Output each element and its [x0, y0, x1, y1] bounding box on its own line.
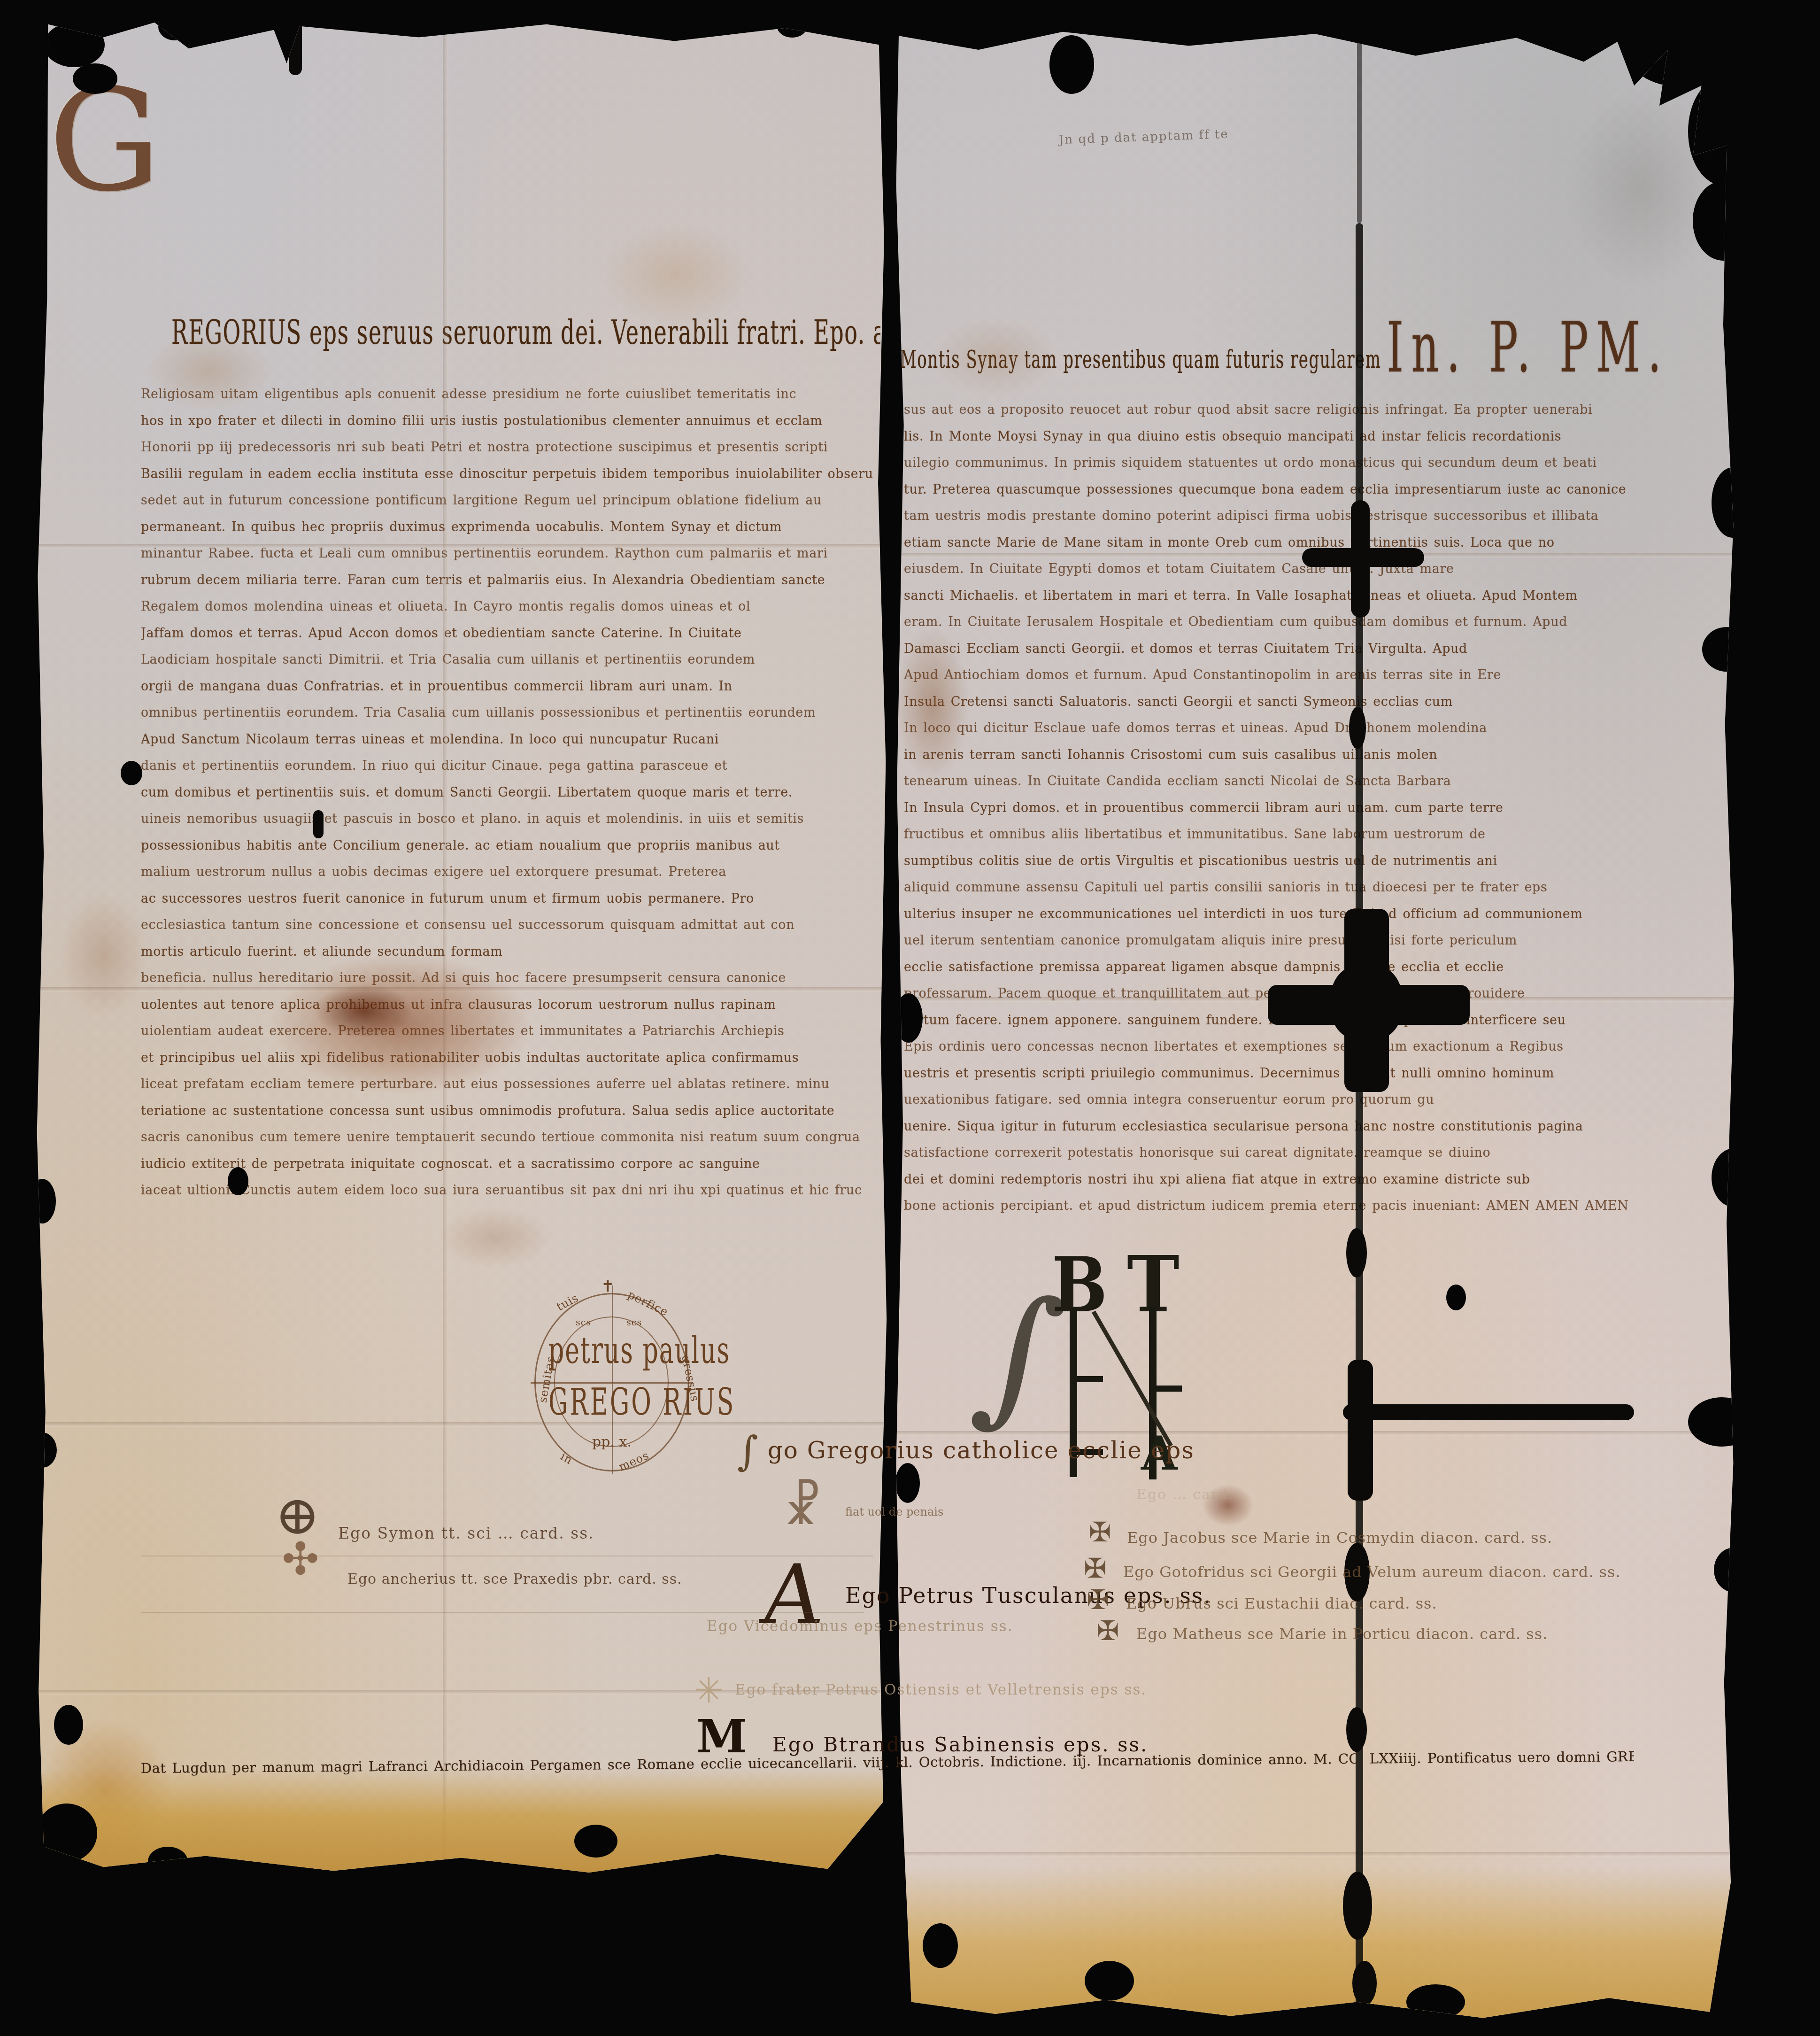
manuscript-line: liceat prefatam eccliam temere perturbar… [141, 1071, 880, 1098]
manuscript-line: teriatione ac sustentatione concessa sun… [141, 1098, 880, 1125]
manuscript-photograph: G REGORIUS eps seruus seruorum dei. Vene… [0, 0, 1820, 2036]
torn-hole [148, 1847, 188, 1876]
manuscript-line: malium uestrorum nullus a uobis decimas … [141, 859, 880, 886]
monogram-crossbar [1152, 1386, 1182, 1392]
signature-text: Ego frater Petrus Ostiensis et Velletren… [735, 1681, 1147, 1698]
maltese-cross-icon: ✠ [1096, 1615, 1119, 1647]
pope-subscription-text: go Gregorius catholice ecclie eps [768, 1437, 1195, 1464]
manuscript-line: beneficia. nullus hereditario iure possi… [141, 965, 880, 992]
manuscript-line: Basilii regulam in eadem ecclia institut… [141, 461, 880, 488]
signature-text: Ego Matheus sce Marie in Porticu diacon.… [1136, 1625, 1548, 1643]
fold-slit-hole [289, 19, 302, 75]
manuscript-line: uineis nemoribus usuagiis et pascuis in … [141, 806, 880, 833]
torn-hole [1702, 627, 1735, 672]
torn-hole [158, 19, 191, 40]
signature-text: Ego ancherius tt. sce Praxedis pbr. card… [347, 1571, 682, 1587]
manuscript-line: sacris canonibus cum temere uenire tempt… [141, 1124, 880, 1151]
manuscript-line: permaneant. In quibus hec propriis duxim… [141, 514, 880, 541]
ink-hole [313, 810, 324, 838]
manuscript-line: dei et domini redemptoris nostri ihu xpi… [904, 1167, 1683, 1193]
papal-rota: ✝ tuis perfice semitas gressus in meos s… [534, 1293, 689, 1471]
fold-crease [895, 1852, 1735, 1857]
manuscript-line: danis et pertinentiis eorundem. In riuo … [141, 753, 880, 780]
manuscript-line: tenearum uineas. In Ciuitate Candida ecc… [904, 768, 1683, 795]
cross-symbol: ✠ [1084, 1552, 1107, 1584]
manuscript-line: omnibus pertinentiis eorundem. Tria Casa… [141, 700, 880, 727]
manuscript-line: Insula Cretensi sancti Saluatoris. sanct… [904, 689, 1683, 716]
manuscript-line: bone actionis percipiant. et apud distri… [904, 1193, 1683, 1220]
torn-hole [1714, 1548, 1735, 1592]
torn-hole [1049, 35, 1094, 94]
damage-cross-large [1344, 909, 1389, 1092]
manuscript-line: sancti Michaelis. et libertatem in mari … [904, 583, 1683, 610]
rota-saints-names: petrus paulus [548, 1330, 675, 1372]
in-perpetuum-formula: In. P. PM. [1387, 308, 1669, 388]
torn-hole [777, 19, 807, 38]
manuscript-line: fructibus et omnibus aliis libertatibus … [904, 821, 1683, 848]
manuscript-line: uenire. Siqua igitur in futurum ecclesia… [904, 1114, 1683, 1140]
damage-cross [1351, 500, 1370, 618]
torn-hole [1688, 1397, 1735, 1447]
maltese-cross-icon: ✠ [1088, 1516, 1111, 1548]
torn-hole [1712, 1148, 1735, 1207]
manuscript-line: iudicio extiterit de perpetrata iniquita… [141, 1151, 880, 1178]
cross-symbol: ✠ [1088, 1516, 1111, 1548]
manuscript-line: uolentes aut tenore aplica prohibemus ut… [141, 992, 880, 1019]
amber-stain [40, 1719, 171, 1860]
manuscript-line: uiolentiam audeat exercere. Preterea omn… [141, 1018, 880, 1045]
manuscript-line: Religiosam uitam eligentibus apls conuen… [141, 381, 880, 408]
manuscript-line: eram. In Ciuitate Ierusalem Hospitale et… [904, 609, 1683, 636]
manuscript-line: in arenis terram sancti Iohannis Crisost… [904, 742, 1683, 769]
chancery-registration-note: Jn qd p dat apptam ff te [1059, 127, 1229, 147]
cardinal-signature: Ego Jacobus sce Marie in Cosmydin diacon… [1127, 1529, 1552, 1547]
fiat-note: fiat uol de penais [845, 1505, 943, 1518]
torn-hole [36, 1804, 97, 1862]
manuscript-line: Damasci Eccliam sancti Georgii. et domos… [904, 636, 1683, 663]
rota-scs-abbrev: scs [576, 1317, 591, 1328]
manuscript-line: lis. In Monte Moysi Synay in qua diuino … [904, 424, 1683, 450]
manuscript-line: In loco qui dicitur Esclaue uafe domos t… [904, 715, 1683, 742]
torn-hole [1627, 26, 1735, 87]
ink-hole [1446, 1285, 1466, 1310]
torn-hole [923, 1923, 958, 1968]
manuscript-line: sumptibus colitis siue de ortis Virgulti… [904, 848, 1683, 875]
manuscript-line: minantur Rabee. fucta et Leali cum omnib… [141, 541, 880, 567]
cardinal-signature: Ego Gotofridus sci Georgii ad Velum aure… [1123, 1563, 1621, 1581]
torn-hole [35, 1179, 56, 1223]
torn-hole [1688, 77, 1735, 186]
bishop-signature-faint: Ego frater Petrus Ostiensis et Velletren… [735, 1681, 1147, 1698]
shadow-patch [1566, 87, 1716, 289]
signature-text: Ego Vicedominus eps Penestrinus ss. [707, 1618, 1013, 1635]
rota-pope-title: pp. x. [548, 1434, 675, 1450]
manuscript-line: Laodiciam hospitale sancti Dimitrii. et … [141, 647, 880, 674]
bishop-signature-faint: Ego Vicedominus eps Penestrinus ss. [707, 1618, 1013, 1635]
manuscript-line: et principibus uel aliis xpi fidelibus r… [141, 1045, 880, 1072]
parchment-sheet-right: Jn qd p dat apptam ff te Montis Synay ta… [895, 26, 1735, 2022]
signature-text: Ego Gotofridus sci Georgii ad Velum aure… [1123, 1563, 1621, 1581]
sun-flourish-symbol: ✳ [694, 1670, 724, 1711]
torn-hole [1693, 181, 1735, 261]
torn-hole [1406, 1984, 1465, 2020]
fold-crease [35, 1422, 887, 1427]
manuscript-line: Regalem domos molendina uineas et oliuet… [141, 594, 880, 620]
cardinal-signature: Ego Symon tt. sci … card. ss. [338, 1524, 594, 1542]
manuscript-line: Apud Antiochiam domos et furnum. Apud Co… [904, 662, 1683, 689]
maltese-cross-icon: ✠ [1087, 1584, 1110, 1616]
manuscript-line: uestris et presentis scripti priuilegio … [904, 1061, 1683, 1087]
parchment-stain [59, 892, 148, 1019]
signature-text: Ego … card. [1136, 1486, 1234, 1503]
rota-pope-name: GREGO RIUS [548, 1381, 675, 1424]
signature-text: Ego Symon tt. sci … card. ss. [338, 1524, 594, 1542]
subscription-flourish: ∫ [737, 1428, 759, 1475]
manuscript-line: cum domibus et pertinentiis suis. et dom… [141, 780, 880, 806]
cardinal-signature: Ego Matheus sce Marie in Porticu diacon.… [1136, 1625, 1548, 1643]
ruling-line [141, 1556, 873, 1556]
rota-cross-finial: ✝ [601, 1277, 615, 1296]
manuscript-line: In Insula Cypri domos. et in prouentibus… [904, 795, 1683, 822]
damage-cross [1343, 1404, 1634, 1420]
manuscript-line: ulterius insuper ne excommunicationes ue… [904, 901, 1683, 928]
manuscript-line: iaceat ultioni. Cunctis autem eidem loco… [141, 1177, 880, 1204]
manuscript-line: tam uestris modis prestante domino poter… [904, 503, 1683, 530]
manuscript-line: orgii de mangana duas Confratrias. et in… [141, 674, 880, 700]
manuscript-line: mortis articulo fuerint. et aliunde secu… [141, 939, 880, 966]
manuscript-line: sedet aut in futurum concessione pontifi… [141, 488, 880, 514]
fiat-note-text: fiat uol de penais [845, 1505, 943, 1518]
cross-symbol: ✠ [1096, 1615, 1119, 1647]
cardinal-signature: Ego Ubrus sci Eustachii diac. card. ss. [1126, 1595, 1437, 1612]
manuscript-line: tur. Preterea quascumque possessiones qu… [904, 477, 1683, 503]
damage-cross [1348, 1360, 1373, 1501]
signature-text: Ego Ubrus sci Eustachii diac. card. ss. [1126, 1595, 1437, 1612]
signature-text: Ego Jacobus sce Marie in Cosmydin diacon… [1127, 1529, 1552, 1547]
monogram-crossbar [1073, 1376, 1103, 1382]
parchment-stain [439, 1207, 552, 1268]
manuscript-line: Epis ordinis uero concessas necnon liber… [904, 1034, 1683, 1061]
manuscript-line: eiusdem. In Ciuitate Egypti domos et tot… [904, 556, 1683, 583]
manuscript-line: satisfactione correxerit potestatis hono… [904, 1140, 1683, 1167]
torn-hole [35, 1432, 57, 1468]
torn-hole [1712, 467, 1735, 538]
amber-damp-stain-band [895, 1867, 1735, 2022]
chi-rho-icon: ☧ [783, 1479, 822, 1536]
sun-flourish-icon: ✳ [694, 1670, 724, 1711]
manuscript-line: aliquid commune assensu Capituli uel par… [904, 875, 1683, 901]
manuscript-line: Apud Sanctum Nicolaum terras uineas et m… [141, 727, 880, 753]
manuscript-line: etiam sancte Marie de Mane sitam in mont… [904, 530, 1683, 557]
chi-rho-symbol: ☧ [783, 1479, 822, 1536]
cardinal-signature: Ego ancherius tt. sce Praxedis pbr. card… [347, 1571, 682, 1587]
manuscript-line: uilegio communimus. In primis siquidem s… [904, 450, 1683, 477]
manuscript-line: ecclie satisfactione premissa appareat l… [904, 954, 1683, 981]
rota-scs-abbrev: scs [626, 1317, 642, 1328]
manuscript-line: sus aut eos a proposito reuocet aut robu… [904, 397, 1683, 424]
manuscript-line: ac successores uestros fuerit canonice i… [141, 886, 880, 913]
papal-heading-continuation: Montis Synay tam presentibus quam futuri… [900, 345, 1384, 374]
manuscript-line: uel iterum sententiam canonice promulgat… [904, 928, 1683, 954]
fold-damage-line [1357, 26, 1362, 223]
manuscript-line: Jaffam domos et terras. Apud Accon domos… [141, 620, 880, 647]
ink-hole [121, 761, 142, 785]
ruling-line [141, 1612, 864, 1613]
cardinal-signature-faint: Ego … card. [1136, 1486, 1234, 1503]
maltese-cross-icon: ✠ [1084, 1552, 1107, 1584]
pope-subscription: ∫ go Gregorius catholice ecclie eps [737, 1428, 1195, 1475]
amber-damp-stain-band [35, 1768, 887, 1876]
cross-symbol: ✠ [1087, 1584, 1110, 1616]
manuscript-line: uexationibus fatigare. sed omnia integra… [904, 1087, 1683, 1114]
torn-hole [1085, 1961, 1134, 2001]
illuminated-initial-G: G [48, 70, 161, 211]
charter-body-text-left: Religiosam uitam eligentibus apls conuen… [141, 381, 880, 1204]
manuscript-line: Honorii pp iij predecessoris nri sub bea… [141, 434, 880, 461]
manuscript-line: ecclesiastica tantum sine concessione et… [141, 912, 880, 939]
torn-hole [574, 1825, 617, 1858]
charter-body-text-right: sus aut eos a proposito reuocet aut robu… [904, 397, 1683, 1220]
manuscript-line: possessionibus habitis ante Concilium ge… [141, 833, 880, 859]
flourish-cross-symbol: ✣ [282, 1533, 319, 1585]
manuscript-line: hos in xpo frater et dilecti in domino f… [141, 408, 880, 435]
light-fold-patch [1589, 1355, 1721, 1599]
papal-intitulatio-heading: REGORIUS eps seruus seruorum dei. Venera… [171, 312, 880, 352]
manuscript-line: rubrum decem miliaria terre. Faran cum t… [141, 567, 880, 594]
leaf-cross-icon: ✣ [282, 1533, 319, 1585]
torn-hole [54, 1705, 83, 1745]
parchment-sheet-left: G REGORIUS eps seruus seruorum dei. Vene… [35, 19, 887, 1876]
